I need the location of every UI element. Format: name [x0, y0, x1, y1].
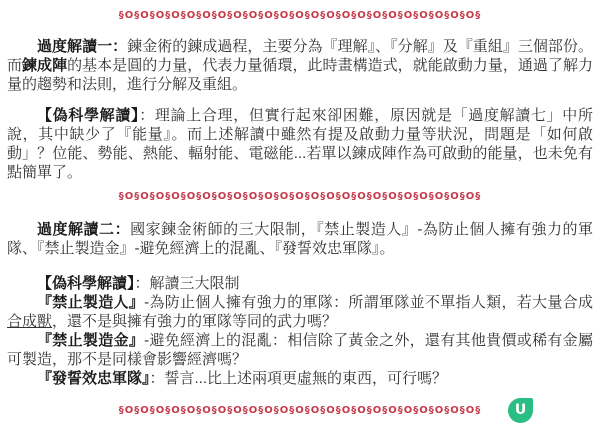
forum-post-page: §O§O§O§O§O§O§O§O§O§O§O§O§O§O§O§O§O§O§O§O…	[0, 0, 600, 424]
rule-oath-body: ：誓言...比上述兩項更虛無的東西，可行嗎？	[150, 370, 448, 387]
overread-one-heading: 過度解讀一：	[37, 38, 127, 55]
pseudoscience-two-heading: 【偽科學解讀】	[37, 275, 135, 292]
pseudoscience-one-heading: 【偽科學解讀】	[37, 107, 139, 124]
rule-oath-term: 『發誓效忠軍隊』	[37, 370, 150, 387]
logo-letter: U	[508, 398, 533, 423]
rule-no-human-body-start: -為防止個人擁有強力的軍隊：所謂軍隊並不單指人類，若大量合成	[144, 294, 593, 311]
pseudoscience-two-body: ：解讀三大限制	[135, 275, 240, 292]
u-lifestyle-logo-icon: U	[508, 398, 533, 423]
overread-two-heading: 過度解讀二：	[37, 221, 130, 238]
decorative-separator-bottom: §O§O§O§O§O§O§O§O§O§O§O§O§O§O§O§O§O§O§O§O…	[7, 404, 593, 417]
paragraph-pseudoscience-two: 【偽科學解讀】：解讀三大限制	[7, 274, 593, 293]
paragraph-rule-oath: 『發誓效忠軍隊』：誓言...比上述兩項更虛無的東西，可行嗎？	[7, 369, 593, 388]
paragraph-pseudoscience-one: 【偽科學解讀】：理論上合理，但實行起來卻困難，原因就是「過度解讀七」中所說，其中…	[7, 106, 593, 182]
decorative-separator-top: §O§O§O§O§O§O§O§O§O§O§O§O§O§O§O§O§O§O§O§O…	[7, 9, 593, 22]
footer-row: §O§O§O§O§O§O§O§O§O§O§O§O§O§O§O§O§O§O§O§O…	[7, 397, 593, 424]
paragraph-rule-no-gold: 『禁止製造金』-避免經濟上的混亂：相信除了黃金之外，還有其他貴價或稀有金屬可製造…	[7, 331, 593, 369]
rule-no-human-term: 『禁止製造人』	[37, 294, 144, 311]
paragraph-rule-no-human: 『禁止製造人』-為防止個人擁有強力的軍隊：所謂軍隊並不單指人類，若大量合成合成獸…	[7, 293, 593, 331]
paragraph-overread-two: 過度解讀二：國家鍊金術師的三大限制，『禁止製造人』-為防止個人擁有強力的軍隊、『…	[7, 220, 593, 258]
decorative-separator-middle: §O§O§O§O§O§O§O§O§O§O§O§O§O§O§O§O§O§O§O§O…	[7, 190, 593, 203]
term-transmutation-circle: 鍊成陣	[22, 57, 67, 74]
term-chimera-underlined: 合成獸	[7, 313, 52, 330]
rule-no-human-body-end: ，還不是與擁有強力的軍隊等同的武力嗎？	[52, 313, 337, 330]
overread-one-body-end: 的基本是圓的力量，代表力量循環，此時畫構造式，就能啟動力量，通過了解力量的趨勢和…	[7, 57, 593, 93]
paragraph-overread-one: 過度解讀一：鍊金術的鍊成過程，主要分為『理解』、『分解』及『重組』三個部份。而鍊…	[7, 37, 593, 94]
rule-no-gold-term: 『禁止製造金』	[37, 332, 144, 349]
